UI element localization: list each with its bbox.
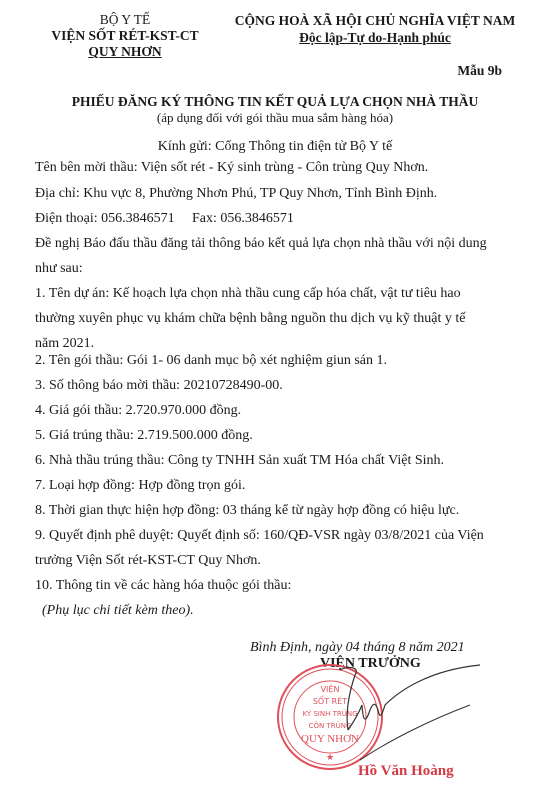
form-number: Mẫu 9b <box>457 63 502 79</box>
request-line-2: như sau: <box>35 261 83 277</box>
institute-city: QUY NHƠN <box>30 44 220 60</box>
document-subtitle: (áp dụng đối với gói thầu mua sắm hàng h… <box>0 110 550 126</box>
place-date: Bình Định, ngày 04 tháng 8 năm 2021 <box>250 640 465 656</box>
inviter-line: Tên bên mời thầu: Viện sốt rét - Ký sinh… <box>35 160 428 176</box>
ministry-name: BỘ Y TẾ <box>30 12 220 28</box>
country-name: CỘNG HOÀ XÃ HỘI CHỦ NGHĨA VIỆT NAM <box>200 12 550 29</box>
item-2: 2. Tên gói thầu: Gói 1- 06 danh mục bộ x… <box>35 353 387 369</box>
document-title: PHIẾU ĐĂNG KÝ THÔNG TIN KẾT QUẢ LỰA CHỌN… <box>0 94 550 110</box>
signer-name: Hồ Văn Hoàng <box>358 763 454 780</box>
phone-line: Điện thoại: 056.3846571 <box>35 211 175 227</box>
item-1-line-3: năm 2021. <box>35 336 94 352</box>
handwritten-signature <box>330 660 500 770</box>
item-9-line-1: 9. Quyết định phê duyệt: Quyết định số: … <box>35 528 484 544</box>
issuer-block: BỘ Y TẾ VIỆN SỐT RÉT-KST-CT QUY NHƠN <box>30 12 220 60</box>
recipient: Kính gửi: Cổng Thông tin điện tử Bộ Y tế <box>0 139 550 155</box>
item-4: 4. Giá gói thầu: 2.720.970.000 đồng. <box>35 403 241 419</box>
fax-line: Fax: 056.3846571 <box>192 211 294 227</box>
request-line-1: Đề nghị Báo đấu thầu đăng tải thông báo … <box>35 236 487 252</box>
item-6: 6. Nhà thầu trúng thầu: Công ty TNHH Sản… <box>35 453 444 469</box>
item-7: 7. Loại hợp đồng: Hợp đồng trọn gói. <box>35 478 245 494</box>
item-8: 8. Thời gian thực hiện hợp đồng: 03 thán… <box>35 503 459 519</box>
item-1-line-1: 1. Tên dự án: Kế hoạch lựa chọn nhà thầu… <box>35 286 461 302</box>
national-motto: Độc lập-Tự do-Hạnh phúc <box>200 29 550 46</box>
national-header: CỘNG HOÀ XÃ HỘI CHỦ NGHĨA VIỆT NAM Độc l… <box>200 12 550 46</box>
item-5: 5. Giá trúng thầu: 2.719.500.000 đồng. <box>35 428 253 444</box>
item-3: 3. Số thông báo mời thầu: 20210728490-00… <box>35 378 283 394</box>
item-10: 10. Thông tin về các hàng hóa thuộc gói … <box>35 578 291 594</box>
appendix-note: (Phụ lục chi tiết kèm theo). <box>42 603 194 619</box>
address-line: Địa chỉ: Khu vực 8, Phường Nhơn Phú, TP … <box>35 186 437 202</box>
institute-name: VIỆN SỐT RÉT-KST-CT <box>30 28 220 44</box>
item-9-line-2: trưởng Viện Sốt rét-KST-CT Quy Nhơn. <box>35 553 261 569</box>
item-1-line-2: thường xuyên phục vụ khám chữa bệnh bằng… <box>35 311 465 327</box>
